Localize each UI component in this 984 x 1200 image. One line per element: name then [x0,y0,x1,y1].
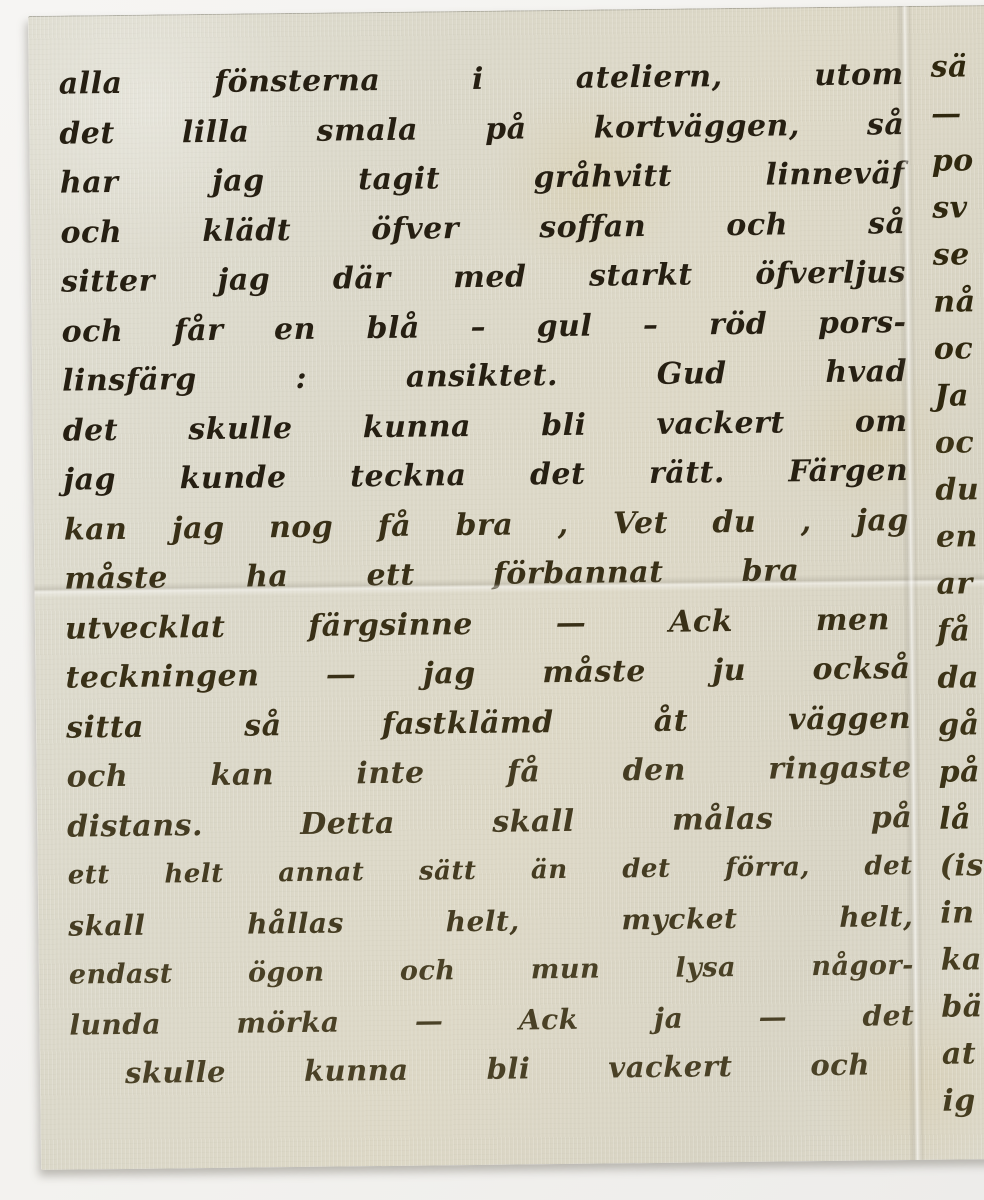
handwritten-line: jag kunde teckna det rätt. Färgen [63,446,909,505]
edge-line-fragment: bä [941,983,984,1031]
adjacent-page-edge: sä — po sv se nå oc Ja oc du en ar få da… [930,43,984,1125]
edge-line-fragment: (is [939,842,984,890]
edge-line-fragment: sv [932,184,984,232]
edge-line-fragment: po [931,137,984,185]
handwritten-line: endast ögon och mun lysa någor- [69,941,915,1000]
edge-line-fragment: en [936,513,984,561]
edge-line-fragment: ar [936,560,984,608]
edge-line-fragment: få [937,607,984,655]
edge-line-fragment: oc [935,419,984,467]
letter-page: alla fönsterna i ateliern, utom det lill… [28,5,984,1170]
edge-line-fragment: se [933,231,984,279]
handwritten-line: alla fönsterna i ateliern, utom [58,50,904,109]
edge-line-fragment: Ja [934,372,984,420]
handwritten-line: teckningen — jag måste ju också [65,644,911,703]
edge-line-fragment: lå [939,795,984,843]
handwritten-line: har jag tagit gråhvitt linneväf [60,149,906,208]
edge-line-fragment: sä [930,43,984,91]
handwritten-line: ett helt annat sätt än det förra, det [67,842,913,901]
edge-line-fragment: ka [941,936,984,984]
handwritten-line: skulle kunna bli vackert och [70,1040,916,1099]
handwritten-line: och kan inte få den ringaste [66,743,912,802]
edge-line-fragment: in [940,889,984,937]
edge-line-fragment: ig [942,1077,984,1125]
handwritten-line: sitter jag där med starkt öfverljus [61,248,907,307]
edge-line-fragment: du [935,466,984,514]
edge-line-fragment: da [937,654,984,702]
edge-line-fragment: at [942,1030,984,1078]
edge-line-fragment: oc [934,325,984,373]
letter-body-text: alla fönsterna i ateliern, utom det lill… [58,50,915,1099]
photo-backdrop: alla fönsterna i ateliern, utom det lill… [0,0,984,1200]
edge-line-fragment: på [938,748,984,796]
edge-line-fragment: nå [933,278,984,326]
handwritten-line: linsfärg : ansiktet. Gud hvad [62,347,908,406]
edge-line-fragment: gå [938,701,984,749]
edge-line-fragment: — [931,90,984,138]
handwritten-line: måste ha ett förbannat bra [64,545,910,604]
